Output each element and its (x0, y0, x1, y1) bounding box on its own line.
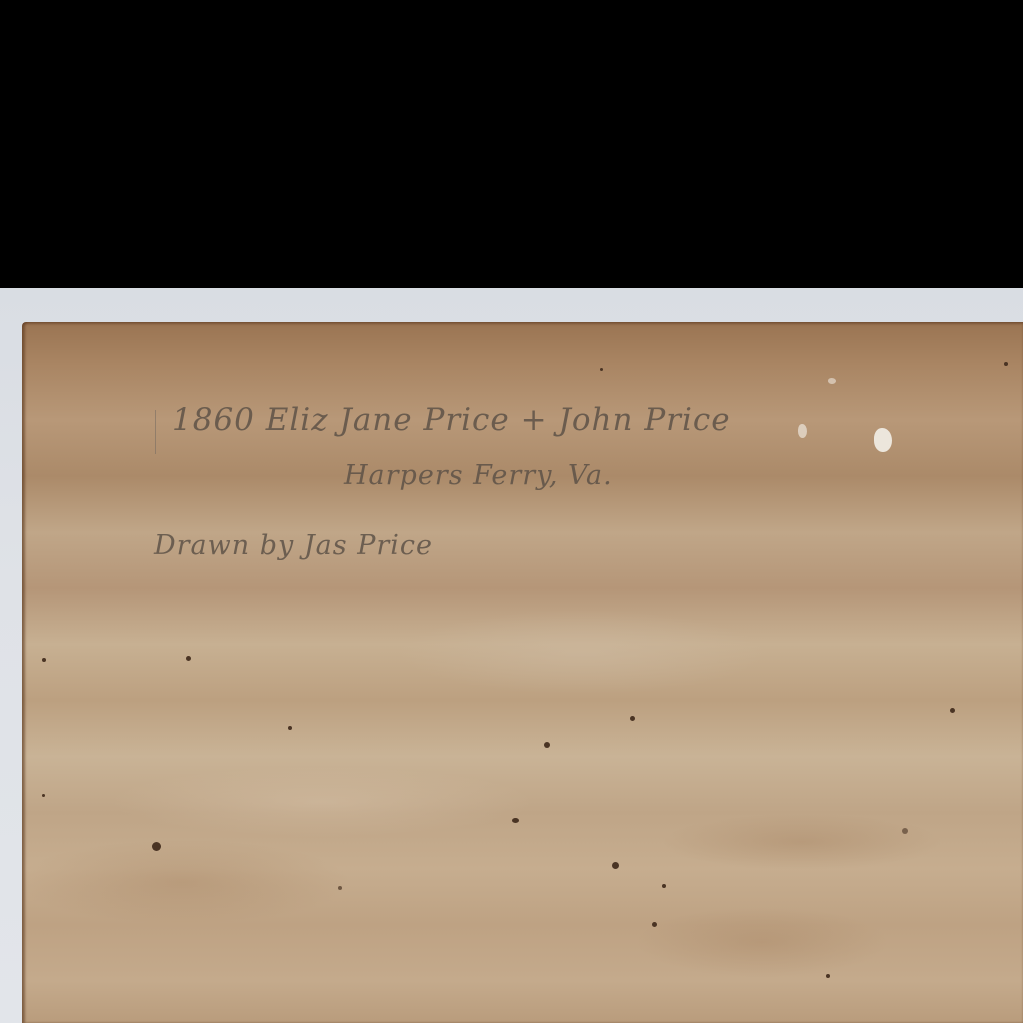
foxing-speck (42, 794, 45, 797)
inscription-line-names: 1860 Eliz Jane Price + John Price (172, 402, 731, 438)
foxing-speck (612, 862, 619, 869)
foxing-speck (288, 726, 292, 730)
inscription-line-place: Harpers Ferry, Va. (344, 460, 613, 491)
foxing-speck (42, 658, 46, 662)
paper-chip (828, 378, 836, 384)
foxing-speck (512, 818, 519, 823)
foxing-speck (152, 842, 161, 851)
foxing-speck (902, 828, 908, 834)
paper-chip (874, 428, 892, 452)
photo-frame: 1860 Eliz Jane Price + John Price Harper… (0, 0, 1023, 1023)
aged-paper-board: 1860 Eliz Jane Price + John Price Harper… (22, 322, 1023, 1023)
foxing-speck (652, 922, 657, 927)
foxing-speck (600, 368, 603, 371)
foxing-speck (662, 884, 666, 888)
paper-chip (798, 424, 807, 438)
foxing-speck (826, 974, 830, 978)
black-letterbox-top (0, 0, 1023, 288)
inscription-line-artist: Drawn by Jas Price (154, 530, 433, 561)
foxing-speck (630, 716, 635, 721)
foxing-speck (338, 886, 342, 890)
foxing-speck (186, 656, 191, 661)
pencil-stroke-mark (155, 410, 156, 454)
foxing-speck (1004, 362, 1008, 366)
foxing-speck (544, 742, 550, 748)
foxing-speck (950, 708, 955, 713)
